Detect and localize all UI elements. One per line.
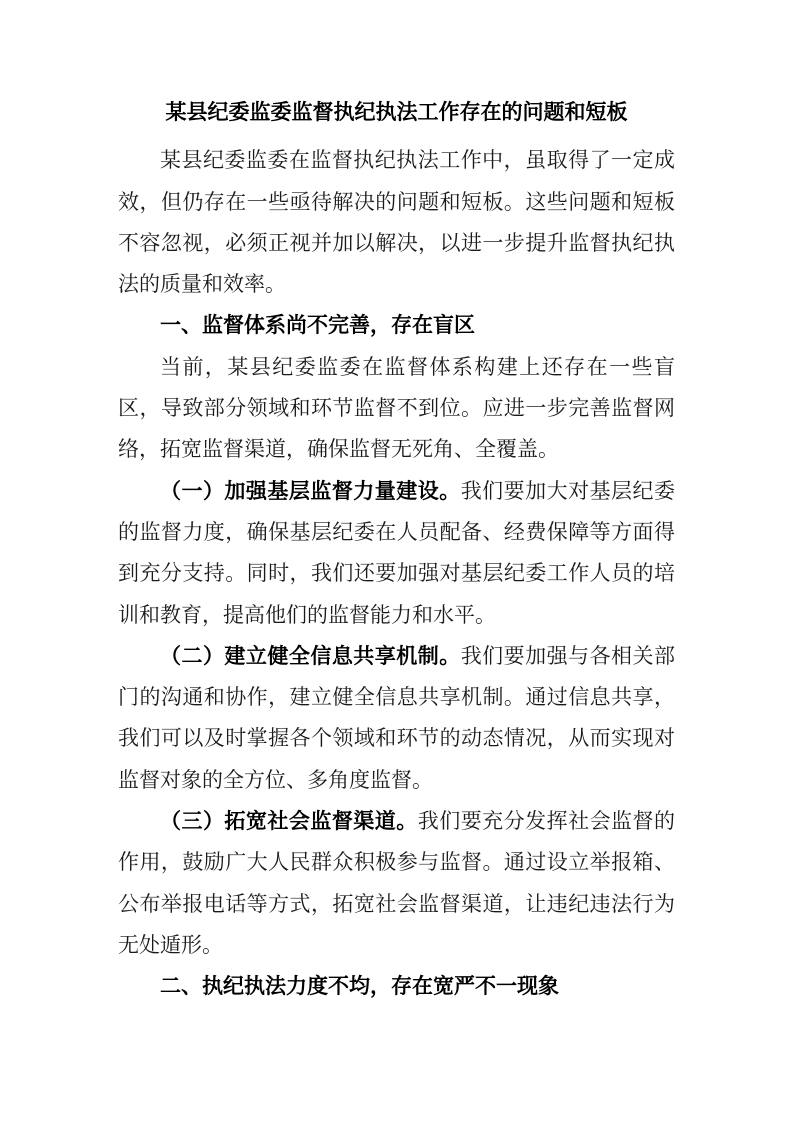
section1-item-1: （一）加强基层监督力量建设。我们要加大对基层纪委的监督力度，确保基层纪委在人员配…	[118, 471, 675, 636]
section-heading-1: 一、监督体系尚不完善，存在盲区	[118, 305, 675, 346]
intro-paragraph: 某县纪委监委在监督执纪执法工作中，虽取得了一定成效，但仍存在一些亟待解决的问题和…	[118, 140, 675, 305]
document-body: 某县纪委监委监督执纪执法工作存在的问题和短板 某县纪委监委在监督执纪执法工作中，…	[118, 92, 675, 1008]
section1-lead-paragraph: 当前，某县纪委监委在监督体系构建上还存在一些盲区，导致部分领域和环节监督不到位。…	[118, 347, 675, 471]
section1-item-2-label: （二）建立健全信息共享机制。	[160, 644, 461, 668]
section1-item-3: （三）拓宽社会监督渠道。我们要充分发挥社会监督的作用，鼓励广大人民群众积极参与监…	[118, 801, 675, 966]
section-heading-2: 二、执纪执法力度不均，存在宽严不一现象	[118, 966, 675, 1007]
section1-item-2: （二）建立健全信息共享机制。我们要加强与各相关部门的沟通和协作，建立健全信息共享…	[118, 636, 675, 801]
section1-item-1-label: （一）加强基层监督力量建设。	[160, 479, 461, 503]
section1-item-3-label: （三）拓宽社会监督渠道。	[160, 809, 418, 833]
document-page: 某县纪委监委监督执纪执法工作存在的问题和短板 某县纪委监委在监督执纪执法工作中，…	[0, 0, 793, 1122]
document-title: 某县纪委监委监督执纪执法工作存在的问题和短板	[118, 92, 675, 133]
